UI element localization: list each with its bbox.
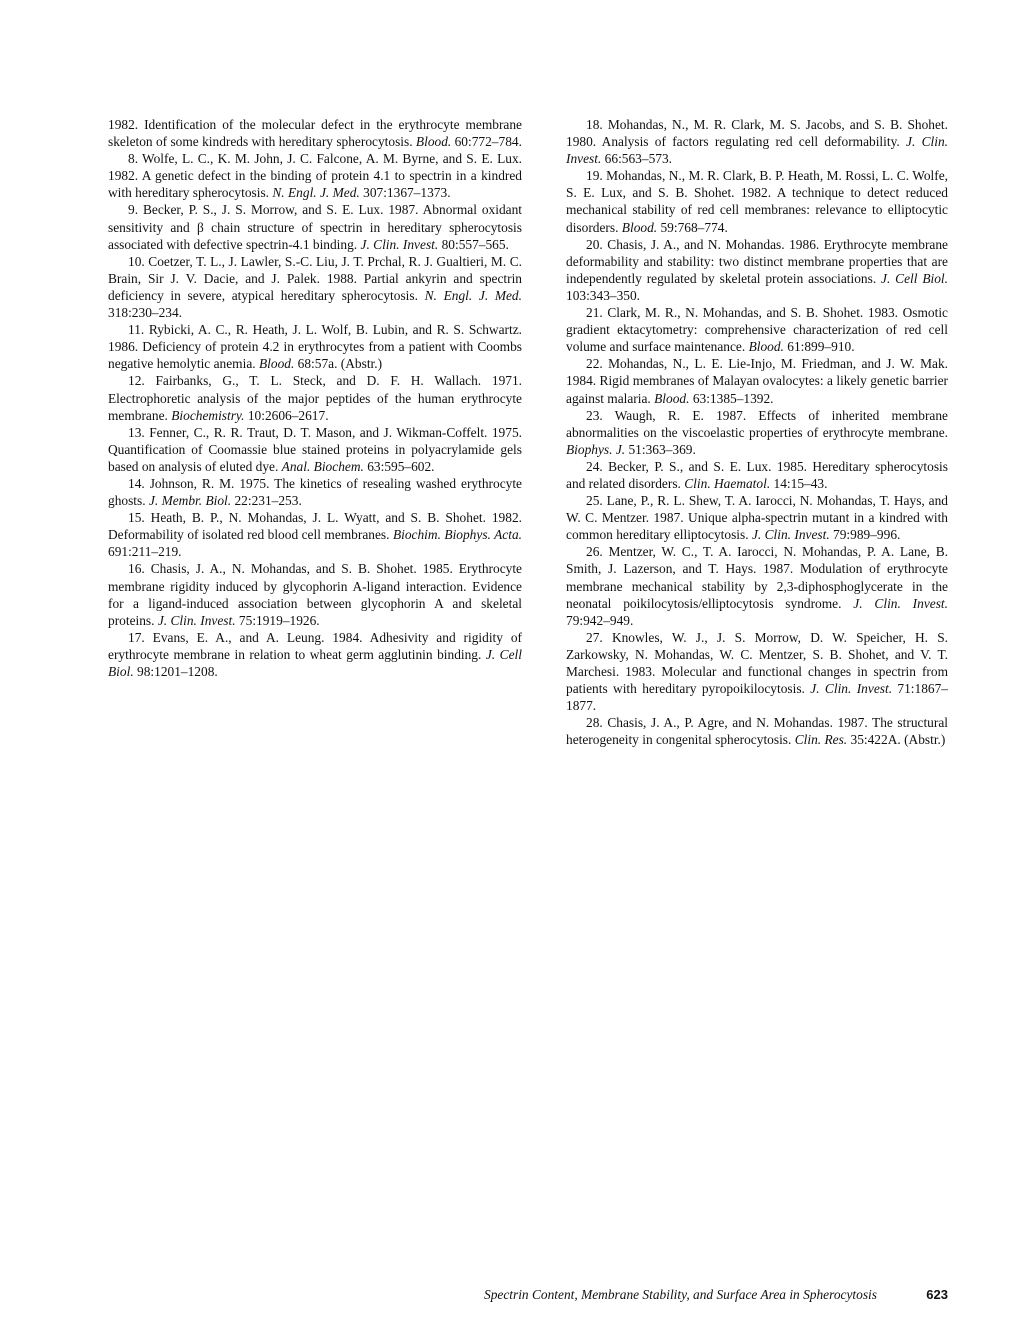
reference-number: 18. <box>586 117 603 132</box>
reference-citation: 35:422A. (Abstr.) <box>847 732 945 747</box>
journal-name: J. Clin. Invest. <box>361 237 439 252</box>
reference-item: 9. Becker, P. S., J. S. Morrow, and S. E… <box>108 201 522 252</box>
reference-item: 26. Mentzer, W. C., T. A. Iarocci, N. Mo… <box>566 543 948 628</box>
reference-number: 24. <box>586 459 603 474</box>
reference-number: 21. <box>586 305 603 320</box>
reference-citation: 75:1919–1926. <box>236 613 320 628</box>
reference-citation: 63:1385–1392. <box>689 391 773 406</box>
reference-item: 12. Fairbanks, G., T. L. Steck, and D. F… <box>108 372 522 423</box>
reference-number: 23. <box>586 408 603 423</box>
journal-name: Biophys. J. <box>566 442 625 457</box>
journal-name: Anal. Biochem. <box>282 459 364 474</box>
reference-item: 11. Rybicki, A. C., R. Heath, J. L. Wolf… <box>108 321 522 372</box>
reference-number: 10. <box>128 254 145 269</box>
reference-text: Evans, E. A., and A. Leung. 1984. Adhesi… <box>108 630 522 662</box>
journal-name: J. Clin. Invest. <box>158 613 236 628</box>
reference-item: 20. Chasis, J. A., and N. Mohandas. 1986… <box>566 236 948 304</box>
reference-citation: 691:211–219. <box>108 544 182 559</box>
reference-citation: 66:563–573. <box>601 151 672 166</box>
reference-number: 17. <box>128 630 145 645</box>
page-footer: Spectrin Content, Membrane Stability, an… <box>484 1287 948 1307</box>
reference-number: 8. <box>128 151 138 166</box>
reference-citation: 318:230–234. <box>108 305 182 320</box>
journal-name: J. Clin. Invest. <box>810 681 892 696</box>
reference-item: 24. Becker, P. S., and S. E. Lux. 1985. … <box>566 458 948 492</box>
reference-number: 22. <box>586 356 603 371</box>
reference-number: 14. <box>128 476 145 491</box>
reference-item: 17. Evans, E. A., and A. Leung. 1984. Ad… <box>108 629 522 680</box>
reference-citation: 60:772–784. <box>451 134 522 149</box>
journal-name: J. Clin. Invest. <box>853 596 948 611</box>
reference-item: 13. Fenner, C., R. R. Traut, D. T. Mason… <box>108 424 522 475</box>
reference-citation: 61:899–910. <box>784 339 855 354</box>
reference-citation: 103:343–350. <box>566 288 640 303</box>
reference-number: 16. <box>128 561 145 576</box>
journal-name: Clin. Haematol. <box>684 476 770 491</box>
reference-number: 26. <box>586 544 603 559</box>
journal-name: Blood. <box>749 339 784 354</box>
reference-number: 20. <box>586 237 603 252</box>
reference-number: 12. <box>128 373 145 388</box>
reference-citation: 79:942–949. <box>566 613 633 628</box>
running-title: Spectrin Content, Membrane Stability, an… <box>484 1287 877 1303</box>
reference-citation: 79:989–996. <box>830 527 901 542</box>
reference-citation: 80:557–565. <box>438 237 509 252</box>
right-column: 18. Mohandas, N., M. R. Clark, M. S. Jac… <box>566 116 948 748</box>
reference-number: 15. <box>128 510 145 525</box>
reference-number: 27. <box>586 630 603 645</box>
reference-number: 11. <box>128 322 144 337</box>
reference-item: 8. Wolfe, L. C., K. M. John, J. C. Falco… <box>108 150 522 201</box>
reference-continuation: 1982. Identification of the molecular de… <box>108 116 522 150</box>
reference-item: 27. Knowles, W. J., J. S. Morrow, D. W. … <box>566 629 948 714</box>
reference-citation: 51:363–369. <box>625 442 696 457</box>
journal-name: N. Engl. J. Med. <box>272 185 359 200</box>
reference-number: 13. <box>128 425 145 440</box>
reference-number: 19. <box>586 168 603 183</box>
reference-number: 28. <box>586 715 603 730</box>
reference-text: Waugh, R. E. 1987. Effects of inherited … <box>566 408 948 440</box>
reference-number: 9. <box>128 202 138 217</box>
journal-name: Biochemistry. <box>171 408 244 423</box>
journal-name: Blood. <box>622 220 657 235</box>
reference-text: Mohandas, N., M. R. Clark, M. S. Jacobs,… <box>566 117 948 149</box>
journal-name: J. Membr. Biol. <box>149 493 231 508</box>
reference-item: 18. Mohandas, N., M. R. Clark, M. S. Jac… <box>566 116 948 167</box>
page-number: 623 <box>926 1287 948 1302</box>
reference-item: 15. Heath, B. P., N. Mohandas, J. L. Wya… <box>108 509 522 560</box>
journal-name: N. Engl. J. Med. <box>425 288 522 303</box>
reference-item: 19. Mohandas, N., M. R. Clark, B. P. Hea… <box>566 167 948 235</box>
journal-name: J. Cell Biol. <box>881 271 948 286</box>
reference-item: 21. Clark, M. R., N. Mohandas, and S. B.… <box>566 304 948 355</box>
reference-item: 28. Chasis, J. A., P. Agre, and N. Mohan… <box>566 714 948 748</box>
journal-name: Biochim. Biophys. Acta. <box>393 527 522 542</box>
reference-item: 23. Waugh, R. E. 1987. Effects of inheri… <box>566 407 948 458</box>
reference-item: 25. Lane, P., R. L. Shew, T. A. Iarocci,… <box>566 492 948 543</box>
reference-number: 25. <box>586 493 603 508</box>
reference-item: 16. Chasis, J. A., N. Mohandas, and S. B… <box>108 560 522 628</box>
left-column: 1982. Identification of the molecular de… <box>108 116 522 680</box>
reference-citation: 307:1367–1373. <box>360 185 451 200</box>
journal-name: J. Clin. Invest. <box>752 527 830 542</box>
reference-citation: 10:2606–2617. <box>244 408 328 423</box>
reference-citation: 59:768–774. <box>657 220 728 235</box>
reference-citation: 63:595–602. <box>364 459 435 474</box>
journal-name: Blood. <box>259 356 294 371</box>
journal-name: Blood. <box>654 391 689 406</box>
reference-citation: 98:1201–1208. <box>134 664 218 679</box>
reference-item: 22. Mohandas, N., L. E. Lie-Injo, M. Fri… <box>566 355 948 406</box>
reference-citation: 14:15–43. <box>770 476 827 491</box>
reference-citation: 22:231–253. <box>231 493 302 508</box>
reference-item: 14. Johnson, R. M. 1975. The kinetics of… <box>108 475 522 509</box>
journal-name: Blood. <box>416 134 451 149</box>
reference-item: 10. Coetzer, T. L., J. Lawler, S.-C. Liu… <box>108 253 522 321</box>
reference-citation: 68:57a. (Abstr.) <box>294 356 382 371</box>
journal-name: Clin. Res. <box>795 732 847 747</box>
